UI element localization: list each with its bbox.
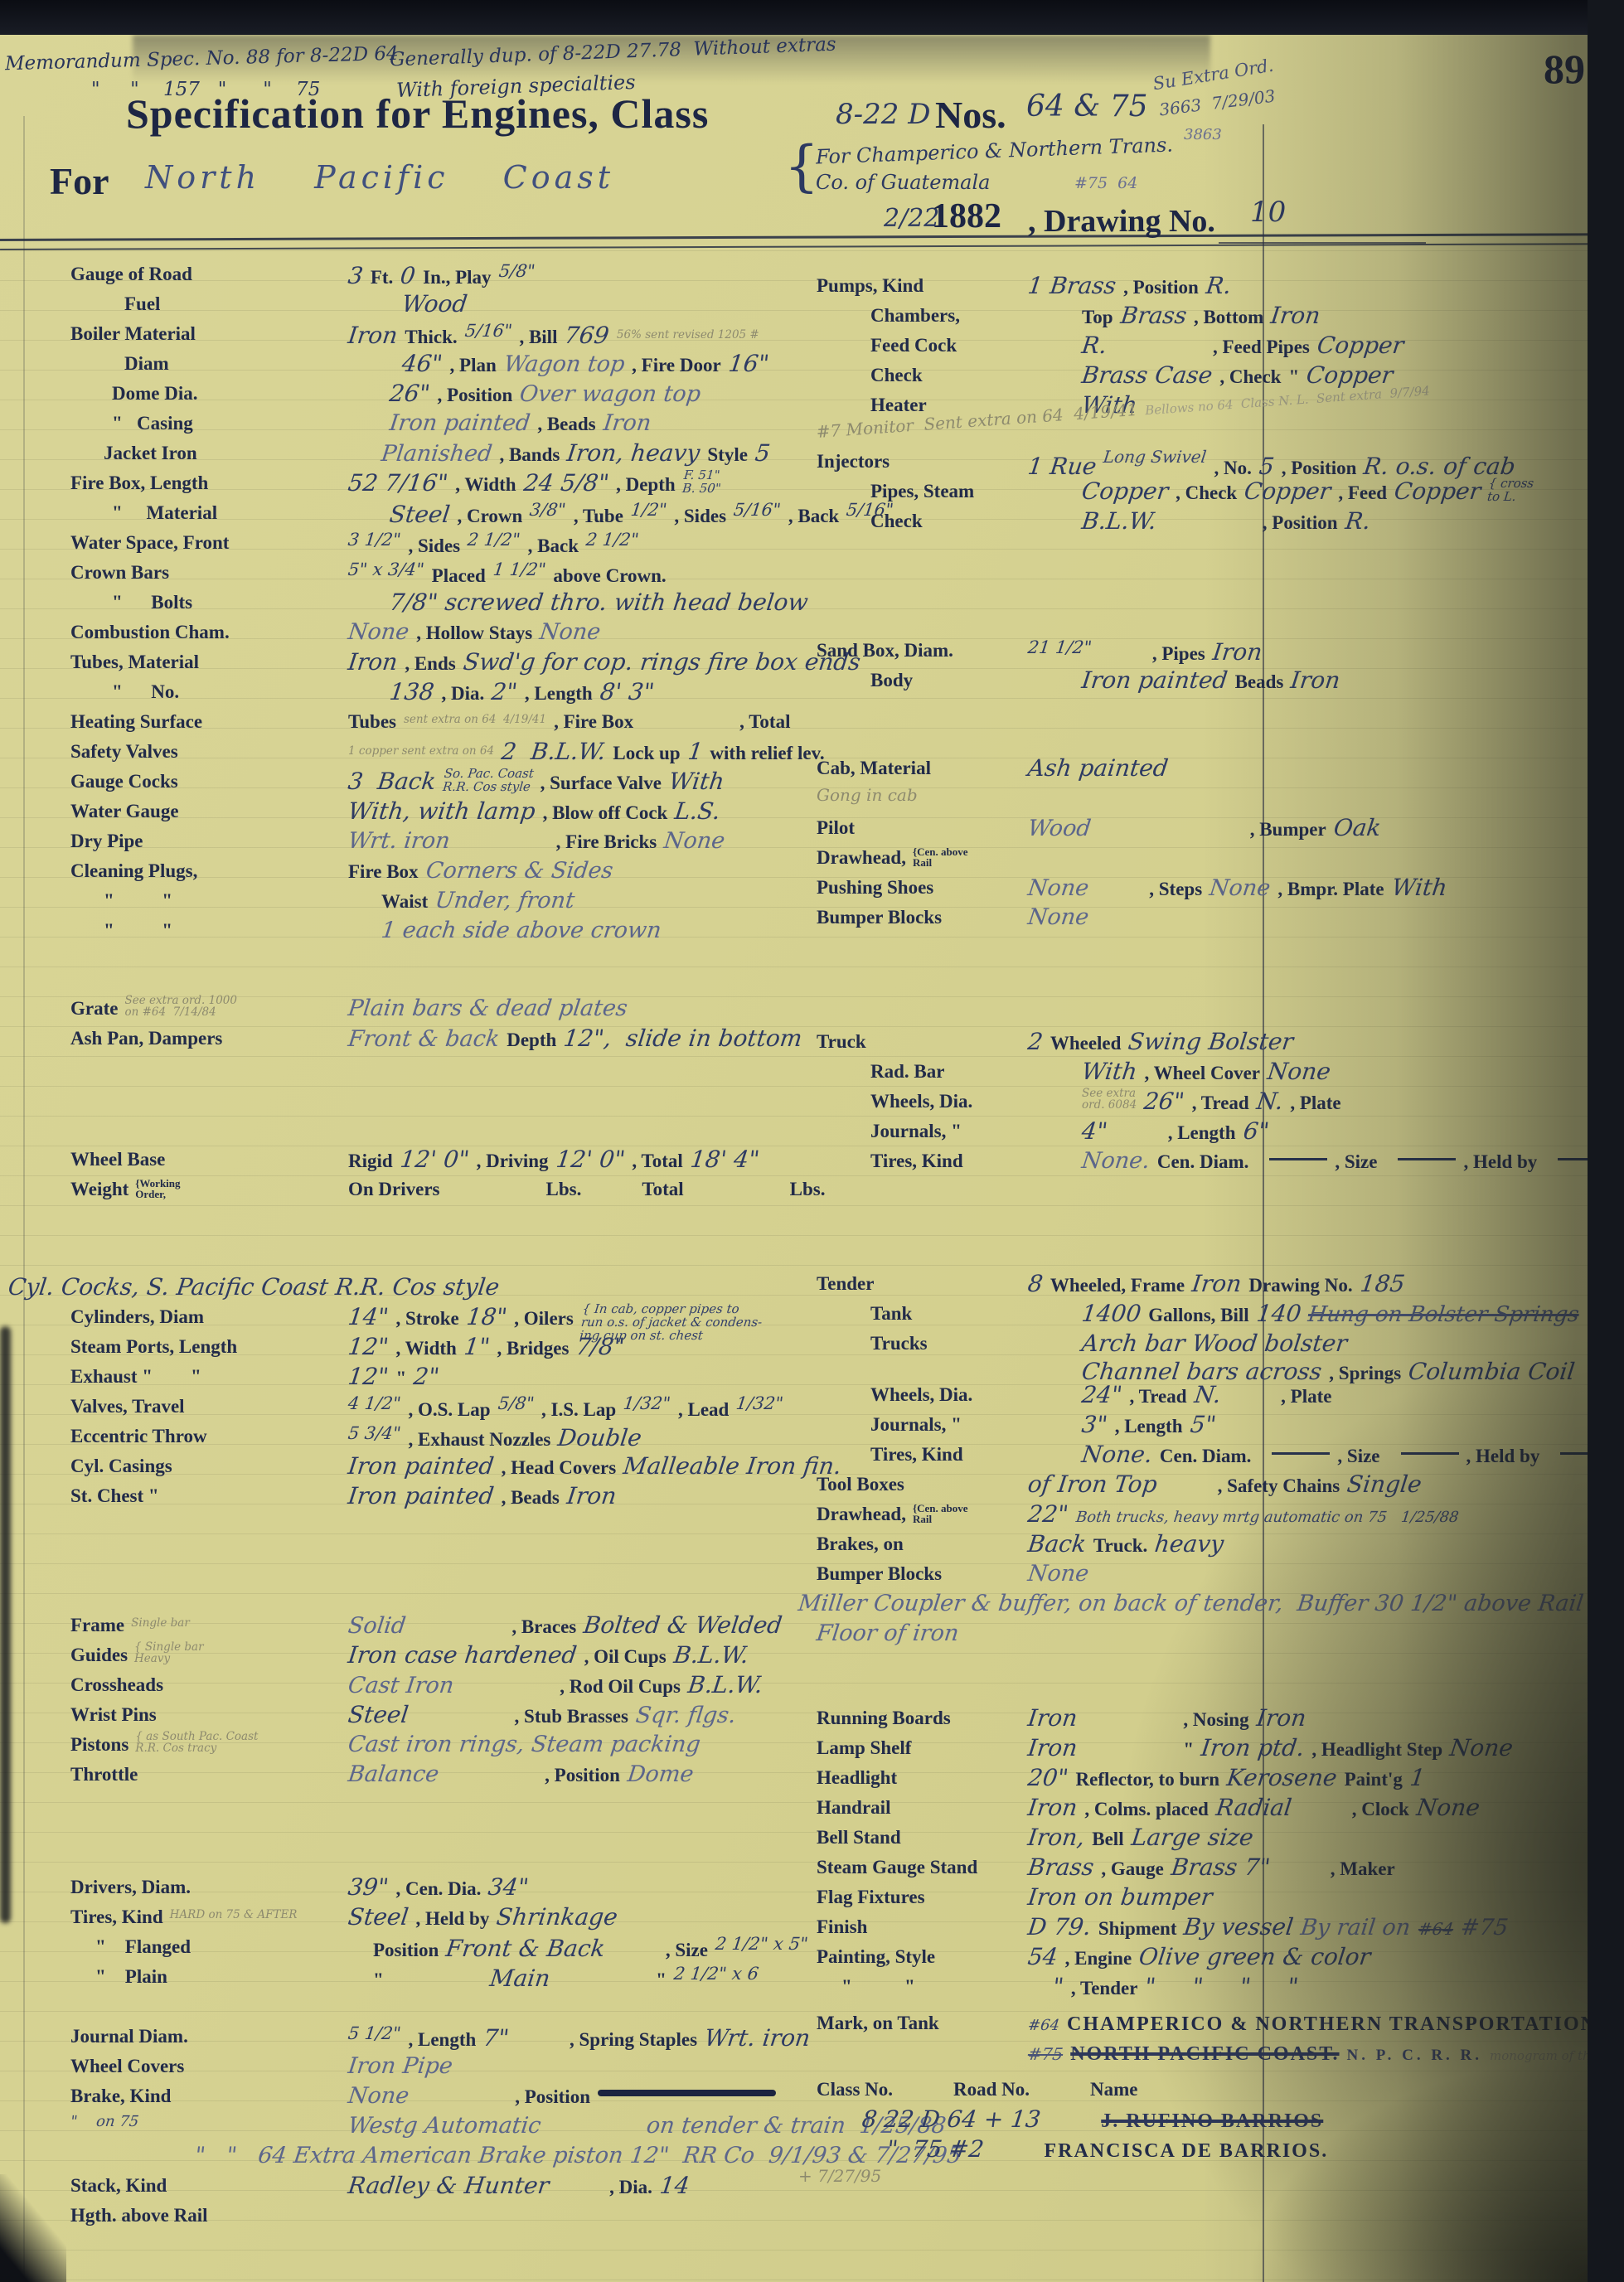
pump-check-label: Check xyxy=(817,361,1082,390)
seg-p: Total xyxy=(642,1179,683,1199)
seg-p: , Length xyxy=(525,683,593,704)
water-gauge-label: Water Gauge xyxy=(70,797,348,826)
seg-p: " xyxy=(656,1969,667,1990)
nos-label: Nos. xyxy=(935,96,1006,134)
seg-p: Wheel Base xyxy=(70,1149,165,1170)
heating-surface-value: Tubessent extra on 64 4/19/41, Fire Box,… xyxy=(348,708,812,736)
seg-p: Weight xyxy=(70,1179,128,1199)
seg-h: None. xyxy=(1080,1441,1154,1469)
guides-value: Iron case hardened, Oil CupsB.L.W. xyxy=(348,1641,812,1671)
seg-h: 3 Back xyxy=(347,768,438,796)
seg-p: Tubes, Material xyxy=(70,652,199,672)
seg-p: Paint'g xyxy=(1345,1769,1403,1790)
block-truck-group: Truck2WheeledSwing BolsterRad. BarWith, … xyxy=(817,1028,1612,1177)
seg-p: , Head Covers xyxy=(502,1457,617,1478)
lamp-shelf-value: Iron"Iron ptd., Headlight StepNone xyxy=(1028,1734,1612,1764)
tender-tank-label: Tank xyxy=(817,1300,1082,1328)
seg-pensm: Single bar xyxy=(131,1617,190,1630)
seg-h: Bolted & Welded xyxy=(582,1611,783,1640)
seg-p: , Position xyxy=(1123,277,1199,298)
seg-p: Check xyxy=(870,365,923,385)
seg-p: Drawing No. xyxy=(1248,1275,1352,1296)
tender-bumper-blocks-label: Bumper Blocks xyxy=(817,1560,1028,1588)
seg-h: Iron xyxy=(347,648,400,676)
seg-h: 39" xyxy=(347,1873,390,1902)
seg-p: , I.S. Lap xyxy=(541,1399,616,1420)
seg-p: Exhaust " " xyxy=(70,1366,201,1387)
seg-h: With xyxy=(1390,874,1449,902)
seg-p: Wheeled xyxy=(1050,1033,1122,1054)
tender-bumper-blocks-value: None xyxy=(1028,1560,1612,1588)
seg-p: Position xyxy=(373,1940,439,1960)
seg-h2: Floor of iron xyxy=(815,1620,961,1648)
tender-journals-label: Journals, " xyxy=(817,1411,1082,1439)
crown-bolts: " Bolts7/8" screwed thro. with head belo… xyxy=(70,589,812,618)
block-grate-group: GrateSee extra ord. 1000on #64 7/14/84Pl… xyxy=(70,995,812,1054)
seg-h: heavy xyxy=(1153,1530,1225,1558)
seg-p: Ft. xyxy=(371,267,393,288)
truck-wheels-dia: Wheels, Dia.See extraord. 608426", Tread… xyxy=(817,1088,1612,1117)
seg-h: N. xyxy=(1255,1088,1285,1116)
journal-diam: Journal Diam.5 1/2", Length7", Spring St… xyxy=(70,2023,812,2052)
seg-p: , Sides xyxy=(674,506,726,526)
handrail-value: Iron, Colms. placedRadial, ClockNone xyxy=(1028,1794,1612,1824)
seg-p: Water Space, Front xyxy=(70,532,229,553)
heating-surface: Heating SurfaceTubessent extra on 64 4/1… xyxy=(70,708,812,738)
seg-hr: 1/32" xyxy=(735,1393,785,1414)
consignee-line-2: Co. of Guatemala xyxy=(816,171,990,194)
wheel-covers: Wheel CoversIron Pipe xyxy=(70,2052,812,2082)
exhaust-label: Exhaust " " xyxy=(70,1363,348,1391)
wheel-covers-value: Iron Pipe xyxy=(348,2052,812,2081)
seg-h: 2" xyxy=(490,678,519,706)
seg-h: By vessel xyxy=(1182,1913,1295,1941)
seg-p: " " xyxy=(841,1976,915,1997)
seg-blk: FRANCISCA DE BARRIOS. xyxy=(1044,2140,1328,2162)
seg-p: Waist xyxy=(381,891,428,912)
drivers-diam-label: Drivers, Diam. xyxy=(70,1873,348,1902)
seg-p: Ash Pan, Dampers xyxy=(70,1028,222,1049)
seg-h: 26" xyxy=(1142,1088,1186,1116)
seg-h: D 79. xyxy=(1026,1913,1093,1941)
seg-p: Grate xyxy=(70,998,118,1019)
seg-sts: #75 xyxy=(1026,2043,1064,2065)
seg-h: Main xyxy=(488,1965,552,1993)
water-gauge-value: With, with lamp, Blow off CockL.S. xyxy=(348,797,812,827)
seg-stkp: {Cen. aboveRail xyxy=(913,1503,968,1524)
seg-h: Iron painted xyxy=(1080,666,1229,695)
lamp-shelf-label: Lamp Shelf xyxy=(817,1734,1028,1762)
seg-p: , Rod Oil Cups xyxy=(560,1676,681,1697)
seg-p: , Size xyxy=(1335,1151,1377,1172)
seg-h: None xyxy=(1448,1734,1515,1762)
seg-h: Olive green & color xyxy=(1137,1943,1372,1971)
cleaning-plugs-firebox-label: Cleaning Plugs, xyxy=(70,857,348,885)
seg-p: , Back xyxy=(528,535,579,556)
gong-note: Gong in cab xyxy=(817,784,1612,814)
seg-p: Rad. Bar xyxy=(870,1061,944,1082)
seg-h: Swing Bolster xyxy=(1127,1028,1295,1056)
seg-h: Double xyxy=(556,1424,643,1452)
seg-h: 54 xyxy=(1026,1943,1059,1971)
tender-brakes-on: Brakes, onBackTruck.heavy xyxy=(817,1530,1612,1560)
seg-p: , Braces xyxy=(511,1616,576,1637)
finish-label: Finish xyxy=(817,1913,1028,1941)
tires-flanged: " FlangedPositionFront & Back, Size2 1/2… xyxy=(70,1933,812,1963)
crossheads-value: Cast Iron, Rod Oil CupsB.L.W. xyxy=(348,1671,812,1701)
seg-p: " " xyxy=(104,890,172,911)
seg-h: Iron, xyxy=(1026,1824,1086,1852)
tubes-material-label: Tubes, Material xyxy=(70,648,348,676)
stack-kind-label: Stack, Kind xyxy=(70,2172,348,2200)
seg-h: B.L.W. xyxy=(672,1641,750,1669)
seg-h: Steel xyxy=(388,501,452,529)
seg-h2: Planished xyxy=(380,440,494,468)
seg-p: , Feed Pipes xyxy=(1213,337,1310,357)
wheel-covers-label: Wheel Covers xyxy=(70,2052,348,2081)
painting-tender: " "", Tender" " " " xyxy=(817,1973,1612,2003)
seg-h: 8 xyxy=(1026,1270,1045,1298)
seg-p: with relief lev. xyxy=(710,743,824,763)
seg-p: Style xyxy=(707,444,748,465)
seg-p: , Sides xyxy=(409,535,461,556)
seg-hr: 1/32" xyxy=(623,1393,672,1414)
block-sandbox-group: Sand Box, Diam.21 1/2", PipesIronBodyIro… xyxy=(817,637,1612,696)
left-column: Gauge of Road3Ft.0In., Play5/8"FuelWoodB… xyxy=(70,249,812,2231)
tender-journals-value: 3", Length5" xyxy=(1082,1411,1612,1441)
bumper-blocks: Bumper BlocksNone xyxy=(817,904,1612,933)
seg-p: Road No. xyxy=(953,2079,1030,2100)
handrail-label: Handrail xyxy=(817,1794,1028,1822)
seg-h2: Wood xyxy=(1026,815,1093,843)
headlight: Headlight20"Reflector, to burnKerosenePa… xyxy=(817,1764,1612,1794)
dome-casing: " CasingIron painted, BeadsIron xyxy=(70,409,812,439)
seg-stk: { crossto L. xyxy=(1486,477,1534,503)
seg-p: , Gauge xyxy=(1101,1858,1163,1879)
crown-bars-value: 5" x 3/4"Placed1 1/2"above Crown. xyxy=(348,559,812,590)
seg-h: 2 B.L.W. xyxy=(500,738,608,766)
seg-p: Boiler Material xyxy=(70,323,196,344)
seg-h: 8' 3" xyxy=(599,678,656,706)
seg-p: " Flanged xyxy=(95,1936,191,1957)
seg-h: Front & Back xyxy=(444,1935,607,1963)
seg-h: Iron xyxy=(1026,1704,1079,1732)
tender-journals: Journals, "3", Length5" xyxy=(817,1411,1612,1441)
cyl-casings-value: Iron painted, Head CoversMalleable Iron … xyxy=(348,1452,849,1482)
seg-h: R. xyxy=(1205,272,1233,300)
seg-p: , Check xyxy=(1176,482,1237,503)
st-chest: St. Chest "Iron painted, BeadsIron xyxy=(70,1482,812,1512)
seg-hr: 4 1/2" xyxy=(347,1393,402,1414)
seg-hr: 2 1/2" x 5" xyxy=(714,1933,809,1955)
seg-p: Safety Valves xyxy=(70,741,178,762)
seg-blkst: NORTH PACIFIC COAST. xyxy=(1070,2043,1339,2065)
crown-bars: Crown Bars5" x 3/4"Placed1 1/2"above Cro… xyxy=(70,559,812,589)
seg-h: 2 xyxy=(1026,1028,1045,1056)
jacket-iron-value: Planished, BandsIron, heavyStyle5 xyxy=(381,439,812,469)
date-print: 1882 xyxy=(932,199,1001,234)
engine-75-row: " 75 #2FRANCISCA DE BARRIOS. xyxy=(817,2135,1612,2165)
tires-flanged-value: PositionFront & Back, Size2 1/2" x 5" xyxy=(373,1933,816,1965)
tender-brakes-on-value: BackTruck.heavy xyxy=(1028,1530,1612,1560)
seg-p: Tires, Kind xyxy=(70,1907,163,1927)
seg-p: , Feed xyxy=(1338,482,1387,503)
steam-gauge-stand-label: Steam Gauge Stand xyxy=(817,1853,1028,1882)
seg-h: " " " " xyxy=(1143,1973,1300,2001)
seg-h2: Cast iron rings, Steam packing xyxy=(347,1731,702,1759)
seg-dash xyxy=(1401,1452,1459,1455)
frame-value: Solid, BracesBolted & Welded xyxy=(348,1611,812,1641)
steam-gauge-stand-value: Brass, GaugeBrass 7", Maker xyxy=(1028,1853,1612,1883)
seg-h: 7" xyxy=(482,2024,511,2052)
seg-hsm: " on 75 xyxy=(70,2112,140,2132)
cab-material-label: Cab, Material xyxy=(817,754,1028,782)
seg-p: Journals, " xyxy=(870,1414,962,1435)
injectors: Injectors1 RueLong Swivel, No.5, Positio… xyxy=(817,448,1612,477)
seg-h: With xyxy=(667,768,726,796)
seg-dash xyxy=(1272,1452,1330,1455)
seg-h: 52 7/16" xyxy=(347,469,449,497)
cleaning-plugs-crown: " "1 each side above crown xyxy=(70,917,812,947)
seg-h: 12" xyxy=(347,1363,390,1391)
tool-boxes-label: Tool Boxes xyxy=(817,1470,1028,1499)
drivers-diam: Drivers, Diam.39", Cen. Dia.34" xyxy=(70,1873,812,1903)
seg-p: Handrail xyxy=(817,1797,890,1818)
dome-dia-value: 26", PositionOver wagon top xyxy=(390,380,812,409)
feed-cock-label: Feed Cock xyxy=(817,332,1082,360)
stack-kind: Stack, KindRadley & Hunter, Dia.14 xyxy=(70,2172,812,2202)
brake-kind: Brake, KindNone, Position xyxy=(70,2082,812,2112)
seg-p: Frame xyxy=(70,1615,124,1635)
drivers-diam-value: 39", Cen. Dia.34" xyxy=(348,1873,812,1903)
seg-h2: None xyxy=(347,2082,410,2110)
seg-pensm: sent extra on 64 4/19/41 xyxy=(404,714,546,726)
tender-tank: Tank1400Gallons, Bill140Hung on Bolster … xyxy=(817,1300,1612,1330)
bell-stand-label: Bell Stand xyxy=(817,1824,1028,1852)
register-header-value: Class No.Road No.Name xyxy=(817,2076,1612,2104)
seg-p: " " xyxy=(104,920,172,941)
seg-h: Copper xyxy=(1080,477,1170,506)
block-injectors-group: #7 Monitor Sent extra on 64 4/19/41Bello… xyxy=(817,421,1612,537)
seg-p: Gauge of Road xyxy=(70,264,192,284)
seg-p: , Plate xyxy=(1281,1386,1331,1407)
seg-h: 3" xyxy=(1080,1411,1109,1439)
brake-kind-value: None, Position xyxy=(348,2082,812,2111)
seg-p: , Driving xyxy=(477,1151,549,1171)
extra-order-note-3: 3863 xyxy=(1184,126,1222,143)
water-space: Water Space, Front3 1/2", Sides2 1/2", B… xyxy=(70,529,812,559)
painting-style-value: 54, EngineOlive green & color xyxy=(1028,1943,1612,1973)
seg-p: Thick. xyxy=(405,327,457,347)
seg-p: , Safety Chains xyxy=(1218,1475,1340,1496)
seg-p: , Stroke xyxy=(396,1308,459,1329)
block-wheelbase-group: Wheel BaseRigid12' 0", Driving12' 0", To… xyxy=(70,1146,812,1205)
pushing-shoes-label: Pushing Shoes xyxy=(817,874,1028,902)
seg-p: Depth xyxy=(507,1030,556,1050)
register-header: Class No.Road No.Name xyxy=(817,2076,1612,2105)
boiler-diam-label: Diam xyxy=(70,350,402,378)
ash-pan: Ash Pan, DampersFront & backDepth12", sl… xyxy=(70,1025,812,1054)
tubes-no: " No.138, Dia.2", Length8' 3" xyxy=(70,678,812,708)
seg-p: In., Play xyxy=(423,267,491,288)
seg-st: Hung on Bolster Springs xyxy=(1306,1301,1581,1329)
seg-h2: Cast Iron xyxy=(347,1672,455,1700)
seg-p: Tires, Kind xyxy=(870,1151,963,1171)
ash-pan-label: Ash Pan, Dampers xyxy=(70,1025,348,1053)
guides-label: Guides{ Single barHeavy xyxy=(70,1641,348,1669)
seg-p: Check xyxy=(870,511,923,531)
pumps-kind-label: Pumps, Kind xyxy=(817,272,1028,300)
st-chest-label: St. Chest " xyxy=(70,1482,348,1510)
seg-h: 1400 xyxy=(1080,1300,1142,1328)
seg-p: , Bmpr. Plate xyxy=(1277,879,1384,899)
seg-p: Finish xyxy=(817,1916,867,1937)
seg-p: , Tender xyxy=(1071,1978,1138,1999)
safety-valves-label: Safety Valves xyxy=(70,738,348,766)
seg-p: Painting, Style xyxy=(817,1946,935,1967)
seg-p: Steam Ports, Length xyxy=(70,1336,237,1357)
seg-h: 12' 0" xyxy=(399,1146,471,1174)
seg-h: Steel xyxy=(347,1701,410,1729)
seg-h: 22" xyxy=(1026,1500,1070,1529)
injector-check-label: Check xyxy=(817,507,1082,535)
seg-h: + 13 xyxy=(982,2105,1042,2134)
injector-check: CheckB.L.W., PositionR. xyxy=(817,507,1612,537)
sand-box-body-label: Body xyxy=(817,666,1082,695)
jacket-iron-label: Jacket Iron xyxy=(70,439,381,468)
seg-p: , Tread xyxy=(1192,1093,1249,1113)
seg-h: Brass xyxy=(1026,1853,1096,1882)
seg-h: None xyxy=(1415,1794,1481,1822)
seg-stkpen: See extra ord. 1000on #64 7/14/84 xyxy=(124,995,237,1018)
seg-h: Malleable Iron fin. xyxy=(622,1452,843,1480)
seg-h: Wrt. iron xyxy=(703,2024,812,2052)
safety-valves: Safety Valves1 copper sent extra on 642 … xyxy=(70,738,812,768)
seg-p: Mark, on Tank xyxy=(817,2013,939,2033)
seg-p: , Stub Brasses xyxy=(515,1706,628,1727)
seg-h: Iron xyxy=(1026,1734,1079,1762)
weight-label: Weight{WorkingOrder, xyxy=(70,1175,348,1204)
seg-p: , Bridges xyxy=(497,1338,570,1359)
seg-p: Guides xyxy=(70,1645,128,1665)
sand-box-body: BodyIron paintedBeadsIron xyxy=(817,666,1612,696)
frame: FrameSingle barSolid, BracesBolted & Wel… xyxy=(70,1611,812,1641)
seg-p: Cyl. Casings xyxy=(70,1456,172,1476)
drawhead-engine-label: Drawhead,{Cen. aboveRail xyxy=(817,844,1028,872)
seg-hr: 5/16" xyxy=(732,499,782,521)
seg-p: , Size xyxy=(1337,1446,1379,1466)
block-frame-group: FrameSingle barSolid, BracesBolted & Wel… xyxy=(70,1611,812,1790)
seg-p: , Dia. xyxy=(609,2177,652,2197)
seg-p: Running Boards xyxy=(817,1708,951,1728)
wrist-pins-label: Wrist Pins xyxy=(70,1701,348,1729)
pistons: Pistons{ as South Pac. CoastR.R. Cos tra… xyxy=(70,1731,812,1761)
seg-p: Rigid xyxy=(348,1151,393,1171)
scan-top-border xyxy=(0,0,1624,35)
frame-label: FrameSingle bar xyxy=(70,1611,348,1640)
seg-h: 185 xyxy=(1359,1270,1407,1298)
seg-p: Crown Bars xyxy=(70,562,169,583)
scan-right-border xyxy=(1588,0,1624,2282)
seg-p: " Bolts xyxy=(112,592,192,613)
combustion-cham: Combustion Cham.None, Hollow StaysNone xyxy=(70,618,812,648)
seg-h: 5 xyxy=(754,439,772,468)
grate-value: Plain bars & dead plates xyxy=(348,995,812,1023)
seg-p: , Clock xyxy=(1352,1799,1409,1819)
seg-p: Lbs. xyxy=(546,1179,582,1199)
tender-tank-value: 1400Gallons, Bill140Hung on Bolster Spri… xyxy=(1082,1300,1612,1330)
seg-p: Gauge Cocks xyxy=(70,771,178,792)
injectors-label: Injectors xyxy=(817,448,1028,476)
seg-h: Kerosene xyxy=(1225,1764,1339,1792)
seg-pensm: HARD on 75 & AFTER xyxy=(170,1909,298,1921)
seg-stkp: {Cen. aboveRail xyxy=(913,846,968,868)
seg-p: , Beads xyxy=(502,1487,560,1508)
scan-edge-shadow xyxy=(0,1326,11,1923)
crossheads: CrossheadsCast Iron, Rod Oil CupsB.L.W. xyxy=(70,1671,812,1701)
seg-p: , Fire Box xyxy=(554,711,633,732)
crossheads-label: Crossheads xyxy=(70,1671,348,1699)
injector-pipes-steam-value: Copper, CheckCopper, FeedCopper{ crossto… xyxy=(1082,477,1612,507)
seg-p: Diam xyxy=(124,353,169,374)
seg-p: Jacket Iron xyxy=(104,443,197,463)
tender-value: 8Wheeled, FrameIronDrawing No.185 xyxy=(1028,1270,1612,1300)
seg-p: Tender xyxy=(817,1273,874,1294)
seg-p: Sand Box, Diam. xyxy=(817,640,953,661)
seg-p: , Hollow Stays xyxy=(416,623,532,643)
seg-p: Fire Box, Length xyxy=(70,472,208,493)
seg-h: 26" xyxy=(388,380,432,408)
fuel-value: Wood xyxy=(402,290,812,318)
seg-p: Pumps, Kind xyxy=(817,275,923,296)
seg-dash xyxy=(1269,1158,1327,1160)
seg-p: , Bands xyxy=(499,444,560,465)
seg-h: Iron painted xyxy=(347,1452,496,1480)
seg-p: , Total xyxy=(739,711,790,732)
seg-p: Cen. Diam. xyxy=(1160,1446,1252,1466)
seg-h: 7/8" xyxy=(574,1333,626,1361)
dry-pipe-value: Wrt. iron, Fire BricksNone xyxy=(348,827,812,856)
seg-p: , Width xyxy=(455,474,516,495)
seg-h2: None xyxy=(1208,875,1272,903)
seg-p: Wheels, Dia. xyxy=(870,1384,972,1405)
tender-tires-value: None.Cen. Diam., Size, Held by xyxy=(1082,1441,1624,1470)
brake-64: " " 64 Extra American Brake piston 12" R… xyxy=(70,2142,812,2172)
cylinders-diam: Cylinders, Diam14", Stroke18", Oilers{ I… xyxy=(70,1303,812,1333)
seg-p: , Depth xyxy=(616,474,676,495)
cleaning-plugs-crown-value: 1 each side above crown xyxy=(381,917,812,945)
seg-h: 34" xyxy=(487,1873,531,1902)
seg-h2: Wagon top xyxy=(502,351,627,379)
block-journal-group: Journal Diam.5 1/2", Length7", Spring St… xyxy=(70,2023,812,2231)
seg-h2: Iron painted xyxy=(388,409,532,438)
seg-p: , Oil Cups xyxy=(584,1646,667,1667)
seg-h2: Under, front xyxy=(434,887,576,915)
throttle-value: Balance, PositionDome xyxy=(348,1761,812,1790)
consignee-line-1: For Champerico & Northern Trans. xyxy=(816,133,1174,168)
seg-p: , O.S. Lap xyxy=(409,1399,491,1420)
seg-p: , Bumper xyxy=(1250,819,1326,840)
seg-h: Steel xyxy=(347,1903,410,1931)
cab-material: Cab, MaterialAsh painted xyxy=(817,754,1612,784)
seg-h: Iron xyxy=(347,322,400,350)
feed-cock: Feed CockR., Feed PipesCopper xyxy=(817,332,1612,361)
seg-p: Bumper Blocks xyxy=(817,1563,942,1584)
tires-kind-label: Tires, KindHARD on 75 & AFTER xyxy=(70,1903,348,1931)
seg-p: , Position xyxy=(438,385,513,405)
weight-value: On DriversLbs.TotalLbs. xyxy=(348,1175,832,1204)
boiler-diam-value: 46", PlanWagon top, Fire Door16" xyxy=(402,350,812,380)
